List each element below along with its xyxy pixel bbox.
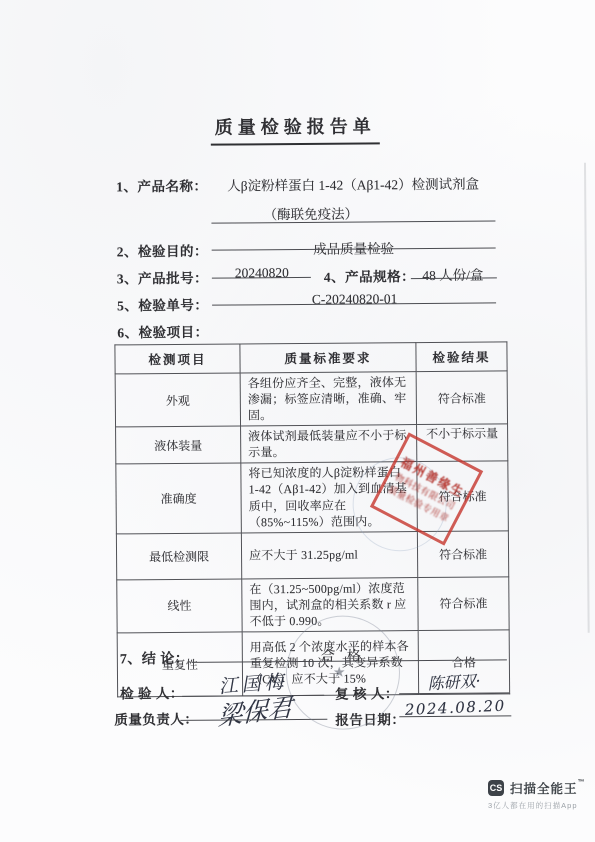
- faint-round-seal: ★: [286, 615, 401, 730]
- table-row: 外观 各组份应齐全、完整，液体无渗漏；标签应清晰，准确、牢固。 符合标准: [115, 371, 507, 427]
- requirement-cell: 各组份应齐全、完整，液体无渗漏；标签应清晰，准确、牢固。: [240, 372, 416, 427]
- camscanner-watermark: CS 扫描全能王™ 3亿人都在用的扫描App: [488, 779, 586, 811]
- trademark-symbol: ™: [578, 779, 586, 786]
- camscanner-logo-icon: CS: [488, 780, 504, 796]
- item-cell: 线性: [117, 579, 242, 633]
- item-cell: 准确度: [116, 463, 242, 533]
- product-name-value-line1: 人β淀粉样蛋白 1-42（Aβ1-42）检测试剂盒: [203, 172, 503, 194]
- col-header-requirement: 质量标准要求: [240, 343, 416, 373]
- col-header-result: 检验结果: [416, 342, 507, 372]
- batch-label: 3、产品批号：: [117, 267, 208, 288]
- batch-value: 20240820: [212, 265, 312, 282]
- purpose-label: 2、检验目的：: [117, 240, 208, 261]
- table-header-row: 检测项目 质量标准要求 检验结果: [115, 342, 507, 374]
- item-cell: 液体装量: [116, 426, 241, 464]
- star-icon: ★: [333, 665, 346, 682]
- spec-label: 4、产品规格：: [324, 265, 415, 286]
- items-section-label: 6、检验项目：: [117, 321, 208, 342]
- camscanner-tagline: 3亿人都在用的扫描App: [488, 800, 586, 811]
- product-name-label: 1、产品名称：: [116, 175, 207, 196]
- item-cell: 最低检测限: [116, 533, 241, 580]
- conclusion-label: 7、结 论：: [120, 648, 190, 669]
- scanned-report-page: 质量检验报告单 1、产品名称： 2、检验目的： 3、产品批号： 4、产品规格： …: [0, 0, 595, 842]
- result-cell: 符合标准: [416, 371, 507, 425]
- inspector-label: 检 验 人：: [120, 682, 184, 703]
- table-row: 最低检测限 应不大于 31.25pg/ml 符合标准: [116, 531, 508, 580]
- camscanner-app-name: 扫描全能王™: [510, 779, 586, 797]
- result-cell: 符合标准: [418, 577, 509, 631]
- item-cell: 外观: [115, 373, 240, 427]
- report-date-underline: [399, 715, 511, 717]
- scan-content: 质量检验报告单 1、产品名称： 2、检验目的： 3、产品批号： 4、产品规格： …: [0, 0, 595, 842]
- report-no-label: 5、检验单号：: [117, 294, 208, 315]
- report-no-value: C-20240820-01: [212, 290, 497, 308]
- scan-streak-artifact: [584, 163, 590, 633]
- spec-value: 48 人份/盒: [409, 263, 497, 284]
- col-header-item: 检测项目: [115, 344, 240, 374]
- page-title: 质量检验报告单: [211, 112, 380, 145]
